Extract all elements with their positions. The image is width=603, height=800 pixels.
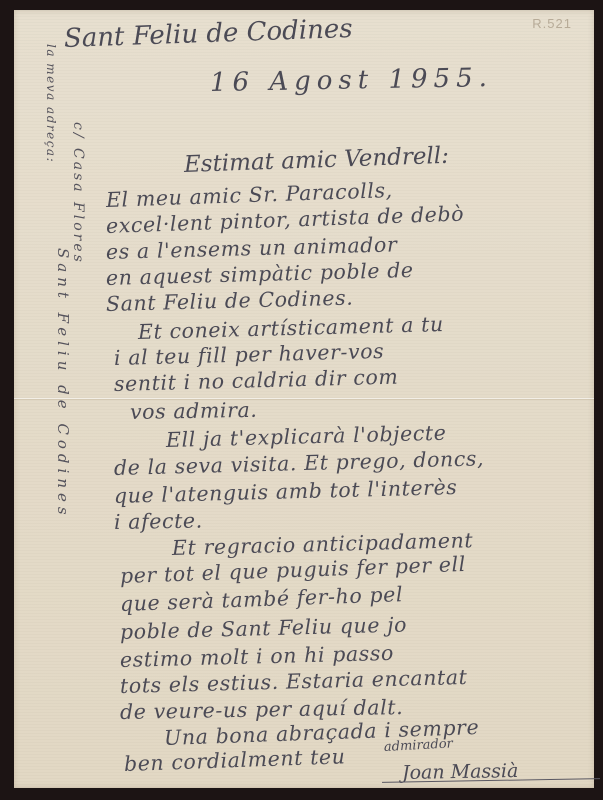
body-line: vos admira. xyxy=(130,398,258,424)
letter-place: Sant Feliu de Codines xyxy=(63,14,353,54)
closing-addition: admirador xyxy=(384,736,454,755)
body-line: i afecte. xyxy=(114,508,203,534)
margin-note-address-label: la meva adreça: xyxy=(44,44,58,163)
letter-paper: R.521 Sant Feliu de Codines 16 Agost 195… xyxy=(14,10,594,788)
body-line: Et coneix artísticament a tu xyxy=(138,312,444,344)
body-line: que serà també fer-ho pel xyxy=(120,582,404,616)
margin-note-town: Sant Feliu de Codines xyxy=(54,248,72,520)
body-line: Sant Feliu de Codines. xyxy=(106,286,354,316)
body-line: ben cordialment teu xyxy=(124,744,346,776)
fold-line xyxy=(14,398,594,399)
catalog-mark: R.521 xyxy=(532,16,572,31)
body-line: poble de Sant Feliu que jo xyxy=(120,612,408,644)
margin-note-street: c/ Casa Flores xyxy=(70,122,86,265)
letter-date: 16 Agost 1955. xyxy=(210,63,493,98)
body-line: sentit i no caldria dir com xyxy=(114,365,399,396)
letter-salutation: Estimat amic Vendrell: xyxy=(184,143,450,178)
body-line: que l'atenguis amb tot l'interès xyxy=(114,475,458,508)
body-line: Ell ja t'explicarà l'objecte xyxy=(166,421,447,452)
